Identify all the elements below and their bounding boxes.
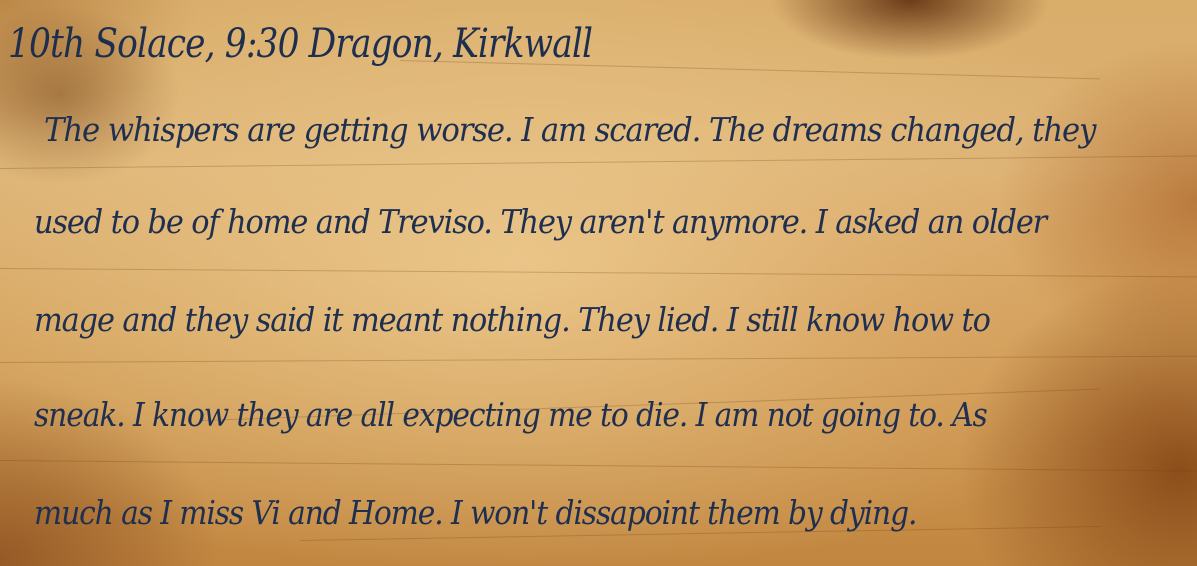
note-line: mage and they said it meant nothing. The… — [34, 290, 990, 350]
note-line: used to be of home and Treviso. They are… — [34, 192, 1046, 252]
note-line: much as I miss Vi and Home. I won't diss… — [34, 483, 916, 543]
note-line: The whispers are getting worse. I am sca… — [44, 100, 1095, 160]
entry-heading: 10th Solace, 9:30 Dragon, Kirkwall — [8, 14, 592, 74]
note-line: sneak. I know they are all expecting me … — [34, 385, 987, 445]
journal-note: 10th Solace, 9:30 Dragon, Kirkwall The w… — [0, 0, 1197, 566]
